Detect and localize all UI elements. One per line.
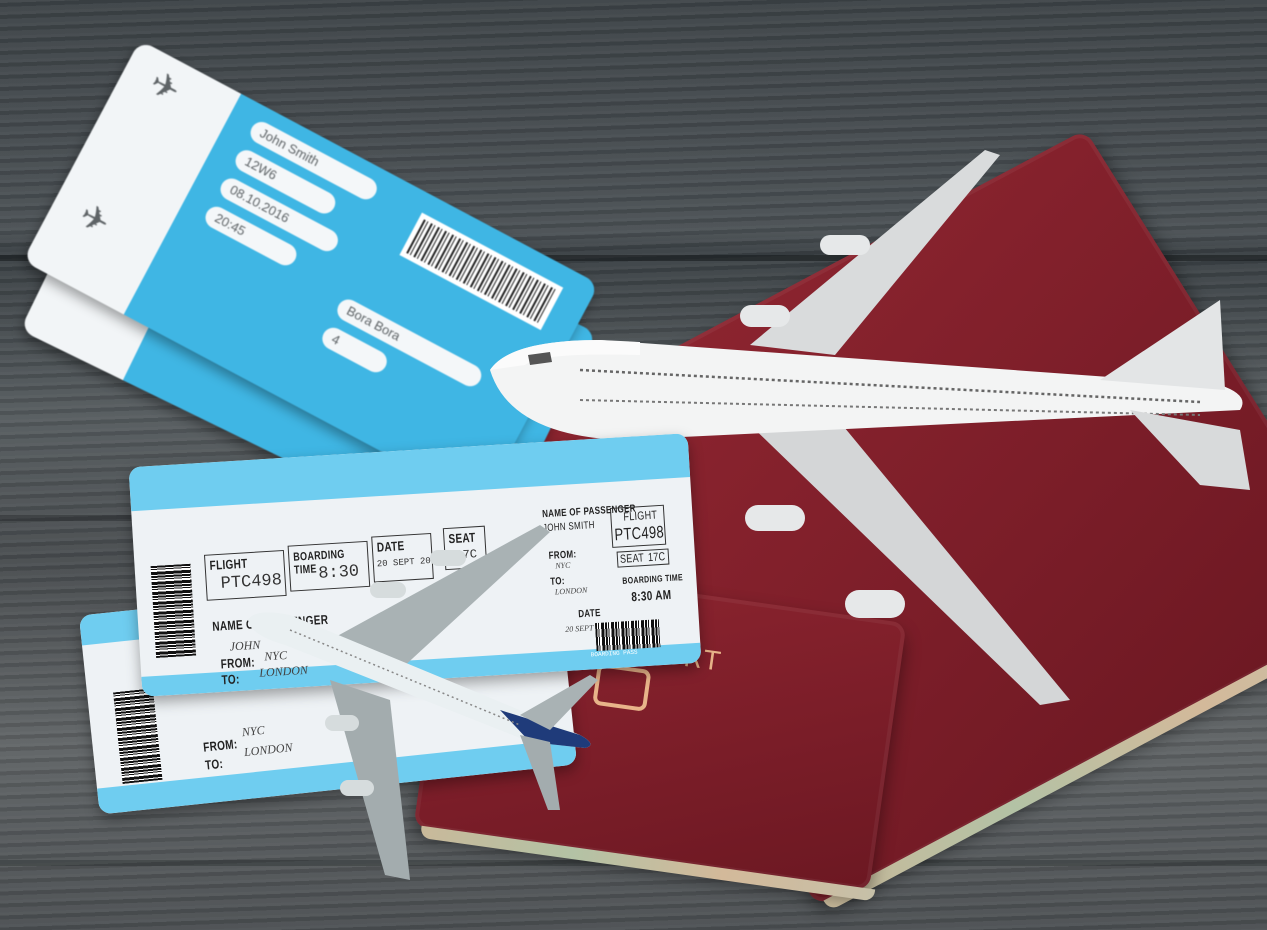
to-label: TO: bbox=[205, 757, 224, 773]
model-airplane-small bbox=[230, 520, 610, 890]
stub-flight-label: FLIGHT bbox=[623, 508, 658, 523]
stub-seat-box: SEAT 17C bbox=[617, 548, 670, 567]
airplane-icon: ✈ bbox=[143, 63, 187, 112]
airplane-icon: ✈ bbox=[73, 195, 117, 244]
photo-scene: PORT ✈ Emma Smith ✈ ✈ John Smith 12W6 08… bbox=[0, 0, 1267, 930]
barcode bbox=[151, 564, 197, 658]
stub-boarding-time-value: 8:30 AM bbox=[631, 588, 672, 605]
stub-boarding-time-label: BOARDING TIME bbox=[622, 574, 683, 587]
stub-flight-value: PTC498 bbox=[614, 522, 665, 544]
barcode bbox=[113, 688, 162, 784]
stub-seat-value: 17C bbox=[648, 550, 666, 564]
stub-seat-label: SEAT bbox=[620, 551, 645, 565]
stub-flight-box: FLIGHT PTC498 bbox=[610, 505, 666, 548]
